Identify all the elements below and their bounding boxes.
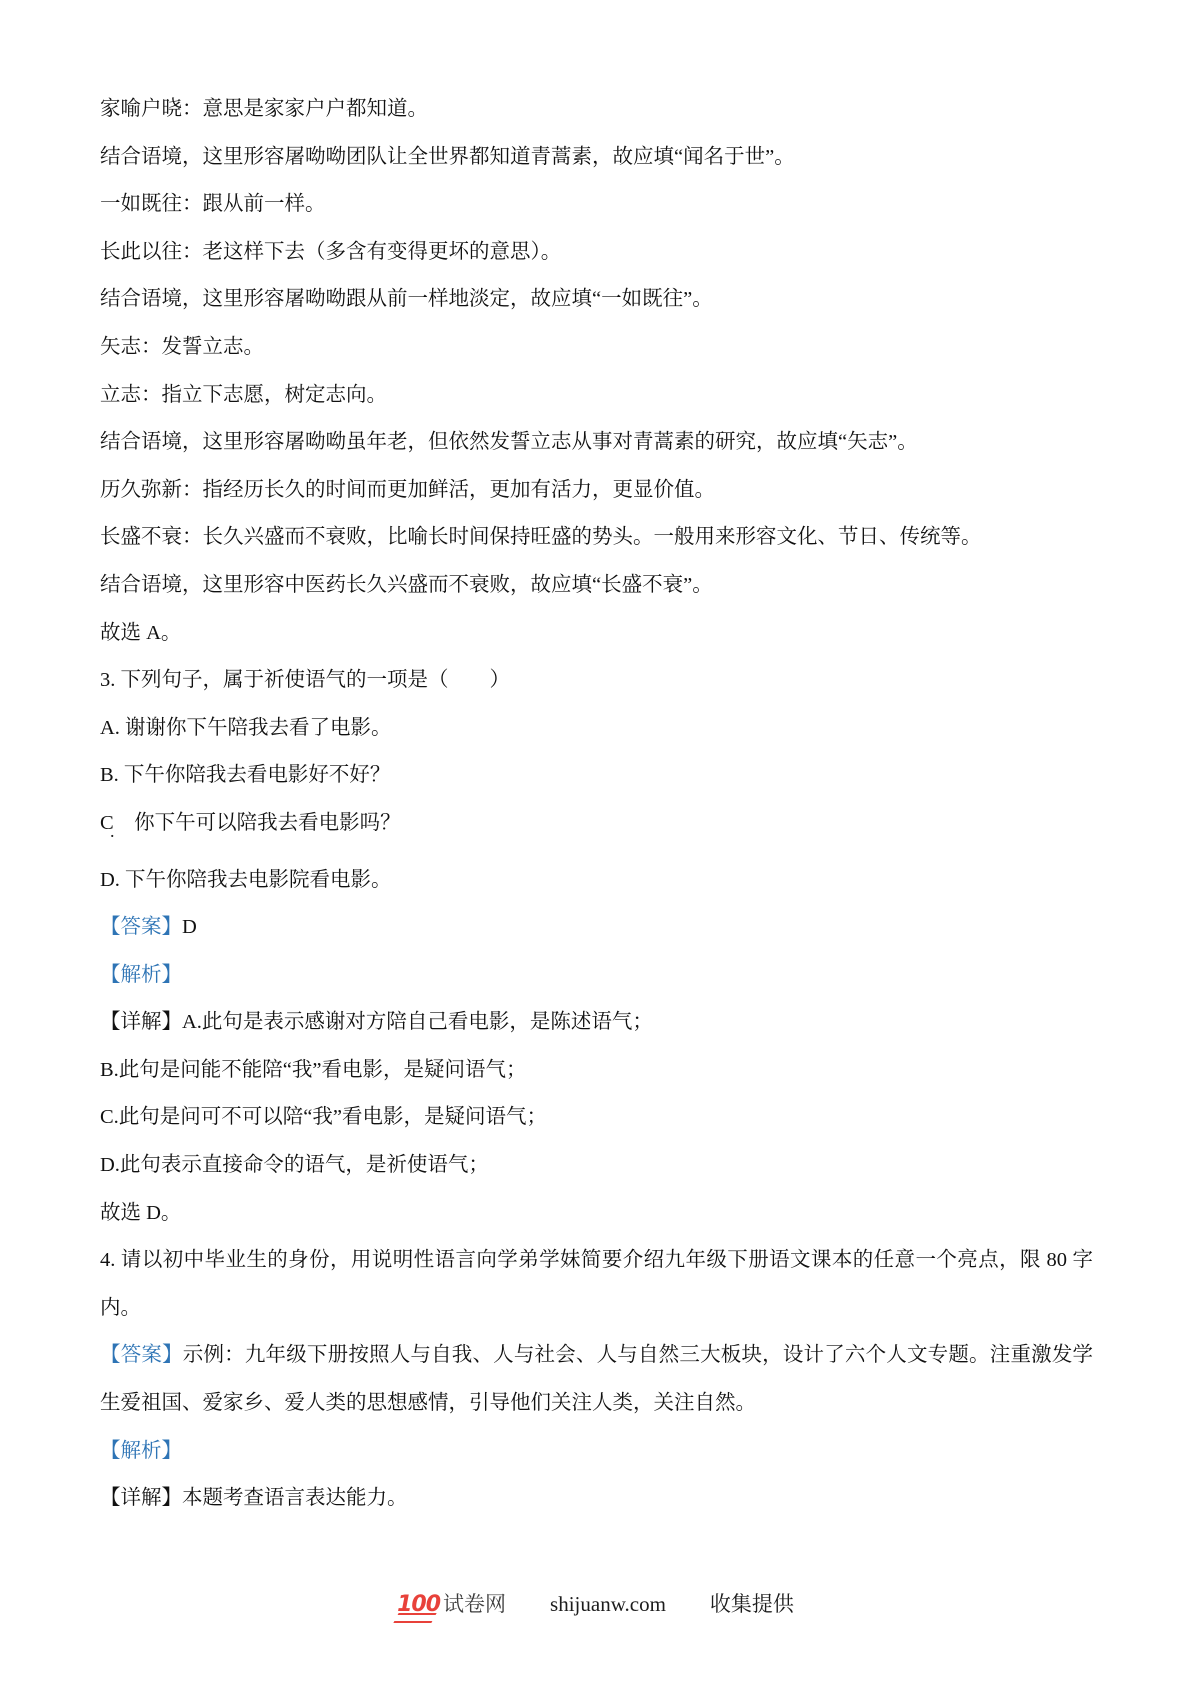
- detail-3-d: D.此句表示直接命令的语气，是祈使语气；: [100, 1142, 1093, 1190]
- question-3: 3. 下列句子，属于祈使语气的一项是（ ）: [100, 657, 1093, 705]
- detail-3-c: C.此句是问可不可以陪“我”看电影，是疑问语气；: [100, 1094, 1093, 1142]
- analysis-4: 【解析】: [100, 1428, 1093, 1476]
- paragraph: 长盛不衰：长久兴盛而不衰败，比喻长时间保持旺盛的势头。一般用来形容文化、节日、传…: [100, 514, 1093, 562]
- conclusion-2: 故选 A。: [100, 610, 1093, 658]
- site-name: 试卷网: [443, 1588, 506, 1618]
- paragraph: 一如既往：跟从前一样。: [100, 181, 1093, 229]
- paragraph: 历久弥新：指经历长久的时间而更加鲜活，更加有活力，更显价值。: [100, 467, 1093, 515]
- section-label: 【解析】: [100, 964, 182, 986]
- section-label: 【答案】: [100, 1344, 183, 1366]
- logo-100-icon: 100: [397, 1592, 440, 1619]
- paragraph: 结合语境，这里形容屠呦呦跟从前一样地淡定，故应填“一如既往”。: [100, 276, 1093, 324]
- section-label: 【答案】: [100, 916, 182, 938]
- analysis-3: 【解析】: [100, 952, 1093, 1000]
- document-page: 家喻户晓：意思是家家户户都知道。结合语境，这里形容屠呦呦团队让全世界都知道青蒿素…: [0, 0, 1191, 1684]
- paragraph: 矢志：发誓立志。: [100, 324, 1093, 372]
- answer-4: 【答案】示例：九年级下册按照人与自我、人与社会、人与自然三大板块，设计了六个人文…: [100, 1332, 1093, 1427]
- paragraph: 立志：指立下志愿，树定志向。: [100, 372, 1093, 420]
- paragraph: 结合语境，这里形容屠呦呦团队让全世界都知道青蒿素，故应填“闻名于世”。: [100, 134, 1093, 182]
- paragraph: 结合语境，这里形容屠呦呦虽年老，但依然发誓立志从事对青蒿素的研究，故应填“矢志”…: [100, 419, 1093, 467]
- question-3-option-c: C 你下午可以陪我去看电影吗？: [100, 800, 1093, 848]
- site-logo: 100 试卷网: [397, 1588, 506, 1619]
- conclusion-3: 故选 D。: [100, 1190, 1093, 1238]
- footer-note: 收集提供: [710, 1588, 794, 1618]
- paragraph: 结合语境，这里形容中医药长久兴盛而不衰败，故应填“长盛不衰”。: [100, 562, 1093, 610]
- question-3-option-b: B. 下午你陪我去看电影好不好？: [100, 752, 1093, 800]
- answer-3: 【答案】D: [100, 904, 1093, 952]
- footer: 100 试卷网 shijuanw.com 收集提供: [0, 1588, 1191, 1619]
- section-label: 【解析】: [100, 1440, 182, 1462]
- paragraph: 家喻户晓：意思是家家户户都知道。: [100, 86, 1093, 134]
- document-body: 家喻户晓：意思是家家户户都知道。结合语境，这里形容屠呦呦团队让全世界都知道青蒿素…: [100, 86, 1093, 1523]
- question-3-option-a: A. 谢谢你下午陪我去看了电影。: [100, 705, 1093, 753]
- paragraph: 长此以往：老这样下去（多含有变得更坏的意思）。: [100, 229, 1093, 277]
- detail-3-a: 【详解】A.此句是表示感谢对方陪自己看电影，是陈述语气；: [100, 999, 1093, 1047]
- detail-3-b: B.此句是问能不能陪“我”看电影，是疑问语气；: [100, 1047, 1093, 1095]
- site-domain: shijuanw.com: [550, 1592, 666, 1617]
- question-4: 4. 请以初中毕业生的身份，用说明性语言向学弟学妹简要介绍九年级下册语文课本的任…: [100, 1237, 1093, 1332]
- stray-mark: .: [110, 822, 115, 840]
- question-3-option-d: D. 下午你陪我去电影院看电影。: [100, 857, 1093, 905]
- detail-4: 【详解】本题考查语言表达能力。: [100, 1475, 1093, 1523]
